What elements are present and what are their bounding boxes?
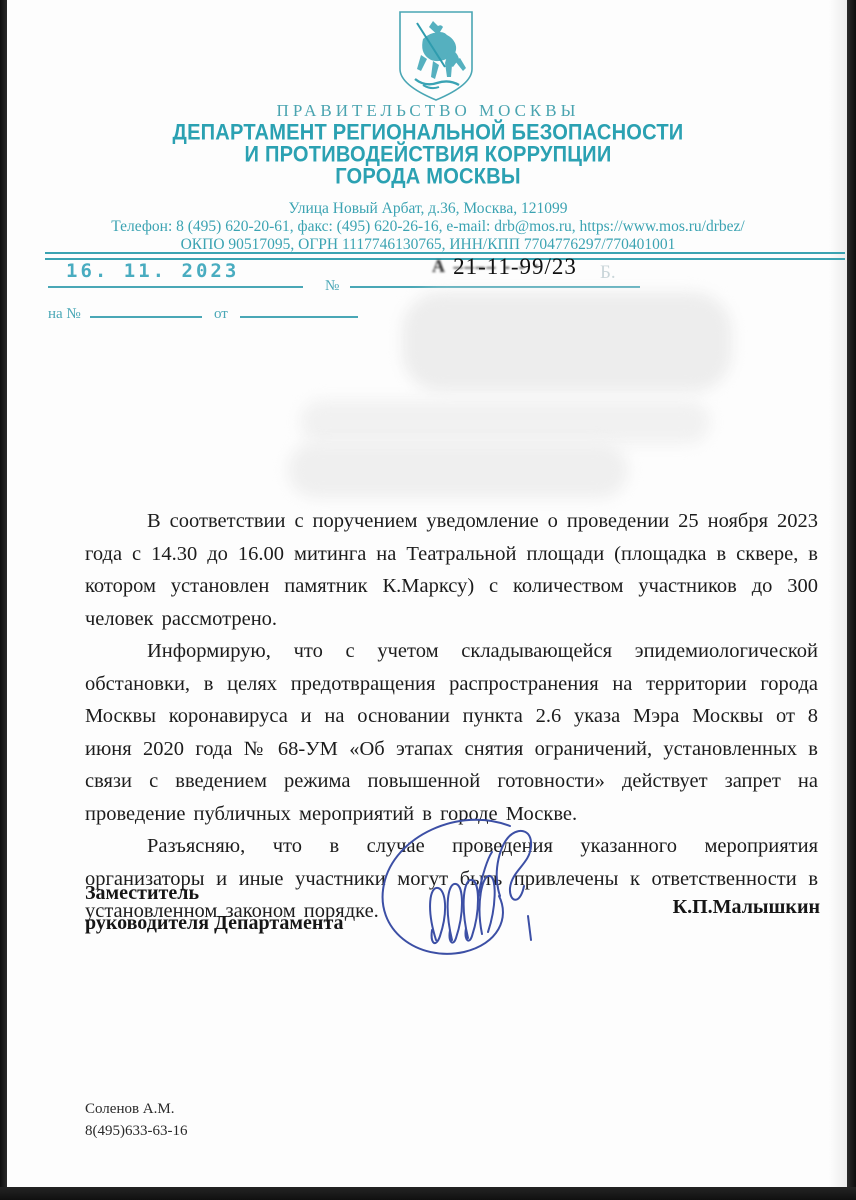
- address-line: Улица Новый Арбат, д.36, Москва, 121099: [0, 200, 856, 218]
- addressee-redacted-remnant-2: Б.: [600, 262, 616, 284]
- contacts-line: Телефон: 8 (495) 620-20-61, факс: (495) …: [0, 218, 856, 236]
- executor-phone: 8(495)633-63-16: [85, 1120, 187, 1142]
- handwritten-signature: [360, 812, 570, 972]
- executor-block: Соленов А.М. 8(495)633-63-16: [85, 1098, 187, 1142]
- executor-name: Соленов А.М.: [85, 1098, 187, 1120]
- photo-edge-left: [0, 0, 7, 1200]
- date-stamp: 16. 11. 2023: [66, 260, 239, 282]
- signature-position-line1: Заместитель: [85, 878, 344, 908]
- scanned-letter-page: ПРАВИТЕЛЬСТВО МОСКВЫ ДЕПАРТАМЕНТ РЕГИОНА…: [0, 0, 856, 1200]
- signature-position-line2: руководителя Департамента: [85, 908, 344, 938]
- signature-position-title: Заместитель руководителя Департамента: [85, 878, 344, 938]
- department-name-line1: ДЕПАРТАМЕНТ РЕГИОНАЛЬНОЙ БЕЗОПАСНОСТИ: [9, 121, 848, 144]
- on-number-label: на №: [48, 306, 81, 323]
- department-name-line3: ГОРОДА МОСКВЫ: [9, 165, 848, 188]
- moscow-coat-of-arms-icon: [393, 9, 479, 103]
- department-name-line2: И ПРОТИВОДЕЙСТВИЯ КОРРУПЦИИ: [9, 143, 848, 166]
- redaction-smudge: [288, 442, 628, 498]
- redaction-smudge: [402, 292, 732, 392]
- photo-edge-bottom: [0, 1187, 856, 1200]
- from-label: от: [214, 306, 228, 323]
- signature-name: К.П.Малышкин: [660, 896, 820, 919]
- from-underline: [240, 296, 358, 318]
- government-title: ПРАВИТЕЛЬСТВО МОСКВЫ: [0, 101, 856, 121]
- department-name: ДЕПАРТАМЕНТ РЕГИОНАЛЬНОЙ БЕЗОПАСНОСТИ И …: [0, 122, 856, 188]
- addressee-redacted-remnant: А ‒‒‒‒ ‑ ‑ ·: [432, 256, 541, 277]
- photo-edge-right: [847, 0, 856, 1200]
- redaction-smudge: [300, 400, 710, 444]
- body-paragraph-1: В соответствии с поручением уведомление …: [85, 505, 818, 635]
- on-number-underline: [90, 296, 202, 318]
- body-paragraph-2: Информирую, что с учетом складывающейся …: [85, 635, 818, 830]
- number-label: №: [325, 278, 339, 295]
